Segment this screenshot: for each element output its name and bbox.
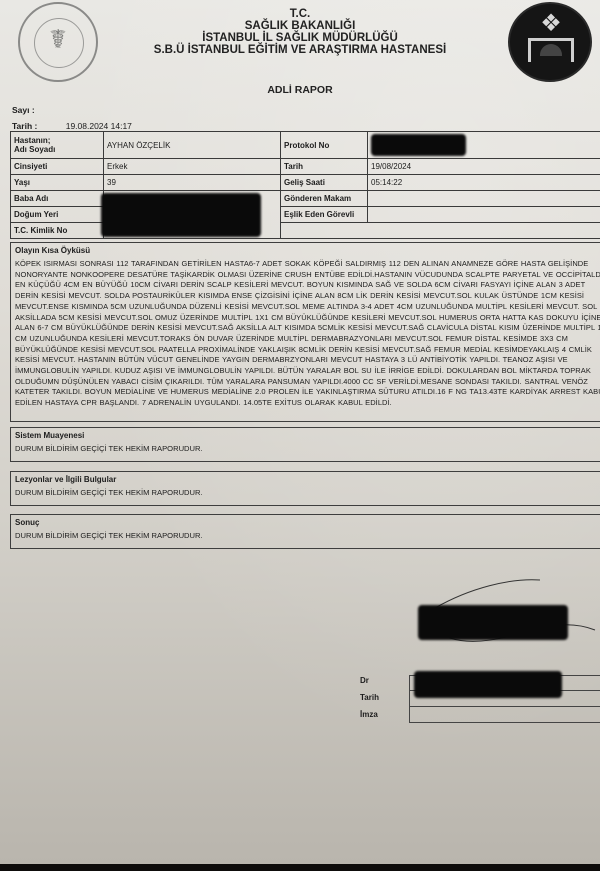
redacted-block xyxy=(418,605,568,640)
redacted-identity xyxy=(104,191,281,239)
incident-story-section: Olayın Kısa Öyküsü KÖPEK ISIRMASI SONRAS… xyxy=(10,242,600,422)
birthplace-label: Doğum Yeri xyxy=(11,207,104,223)
date-value: 19/08/2024 xyxy=(368,159,600,175)
report-date-label: Tarih : xyxy=(12,121,37,131)
signature-labels: Dr Tarih İmza xyxy=(360,676,379,727)
age-value: 39 xyxy=(104,175,281,191)
sayi-label: Sayı : xyxy=(12,105,35,115)
protocol-label: Protokol No xyxy=(281,132,368,159)
section-text: DURUM BİLDİRİM GEÇİÇİ TEK HEKİM RAPORUDU… xyxy=(15,531,600,540)
section-label: Lezyonlar ve İlgili Bulgular xyxy=(15,475,600,484)
story-label: Olayın Kısa Öyküsü xyxy=(15,246,600,255)
protocol-value xyxy=(368,132,600,159)
gender-value: Erkek xyxy=(104,159,281,175)
header-line: T.C. xyxy=(0,8,600,20)
section-label: Sonuç xyxy=(15,518,600,527)
report-title: ADLİ RAPOR xyxy=(0,84,600,96)
father-label: Baba Adı xyxy=(11,191,104,207)
arrival-value: 05:14:22 xyxy=(368,175,600,191)
escort-label: Eşlik Eden Görevli xyxy=(281,207,368,223)
header-line: İSTANBUL İL SAĞLIK MÜDÜRLÜĞÜ xyxy=(0,32,600,44)
report-date-value: 19.08.2024 14:17 xyxy=(66,121,132,131)
signature-sign-field xyxy=(409,707,600,723)
story-text: KÖPEK ISIRMASI SONRASI 112 TARAFINDAN GE… xyxy=(15,259,600,409)
result-section: Sonuç DURUM BİLDİRİM GEÇİÇİ TEK HEKİM RA… xyxy=(10,514,600,549)
system-exam-section: Sistem Muayenesi DURUM BİLDİRİM GEÇİÇİ T… xyxy=(10,427,600,462)
age-label: Yaşı xyxy=(11,175,104,191)
tc-label: T.C. Kimlik No xyxy=(11,223,104,239)
doctor-label: Dr xyxy=(360,676,379,693)
lesions-section: Lezyonlar ve İlgili Bulgular DURUM BİLDİ… xyxy=(10,471,600,506)
signature-sign-label: İmza xyxy=(360,710,379,727)
sender-label: Gönderen Makam xyxy=(281,191,368,207)
report-date: Tarih : 19.08.2024 14:17 xyxy=(12,121,132,131)
header-line: SAĞLIK BAKANLIĞI xyxy=(0,20,600,32)
redacted-block xyxy=(371,134,466,156)
signature-date-label: Tarih xyxy=(360,693,379,710)
name-value: AYHAN ÖZÇELİK xyxy=(104,132,281,159)
section-label: Sistem Muayenesi xyxy=(15,431,600,440)
redacted-block xyxy=(101,193,261,237)
redacted-block xyxy=(414,671,562,698)
name-label: Hastanın;Adı Soyadı xyxy=(11,132,104,159)
section-text: DURUM BİLDİRİM GEÇİÇİ TEK HEKİM RAPORUDU… xyxy=(15,488,600,497)
section-text: DURUM BİLDİRİM GEÇİÇİ TEK HEKİM RAPORUDU… xyxy=(15,444,600,453)
patient-info-table: Hastanın;Adı Soyadı AYHAN ÖZÇELİK Protok… xyxy=(10,131,600,239)
arrival-label: Geliş Saati xyxy=(281,175,368,191)
header-line: S.B.Ü İSTANBUL EĞİTİM VE ARAŞTIRMA HASTA… xyxy=(0,44,600,56)
gender-label: Cinsiyeti xyxy=(11,159,104,175)
institution-header: T.C. SAĞLIK BAKANLIĞI İSTANBUL İL SAĞLIK… xyxy=(0,8,600,56)
escort-value xyxy=(368,207,600,223)
sender-value xyxy=(368,191,600,207)
date-label: Tarih xyxy=(281,159,368,175)
